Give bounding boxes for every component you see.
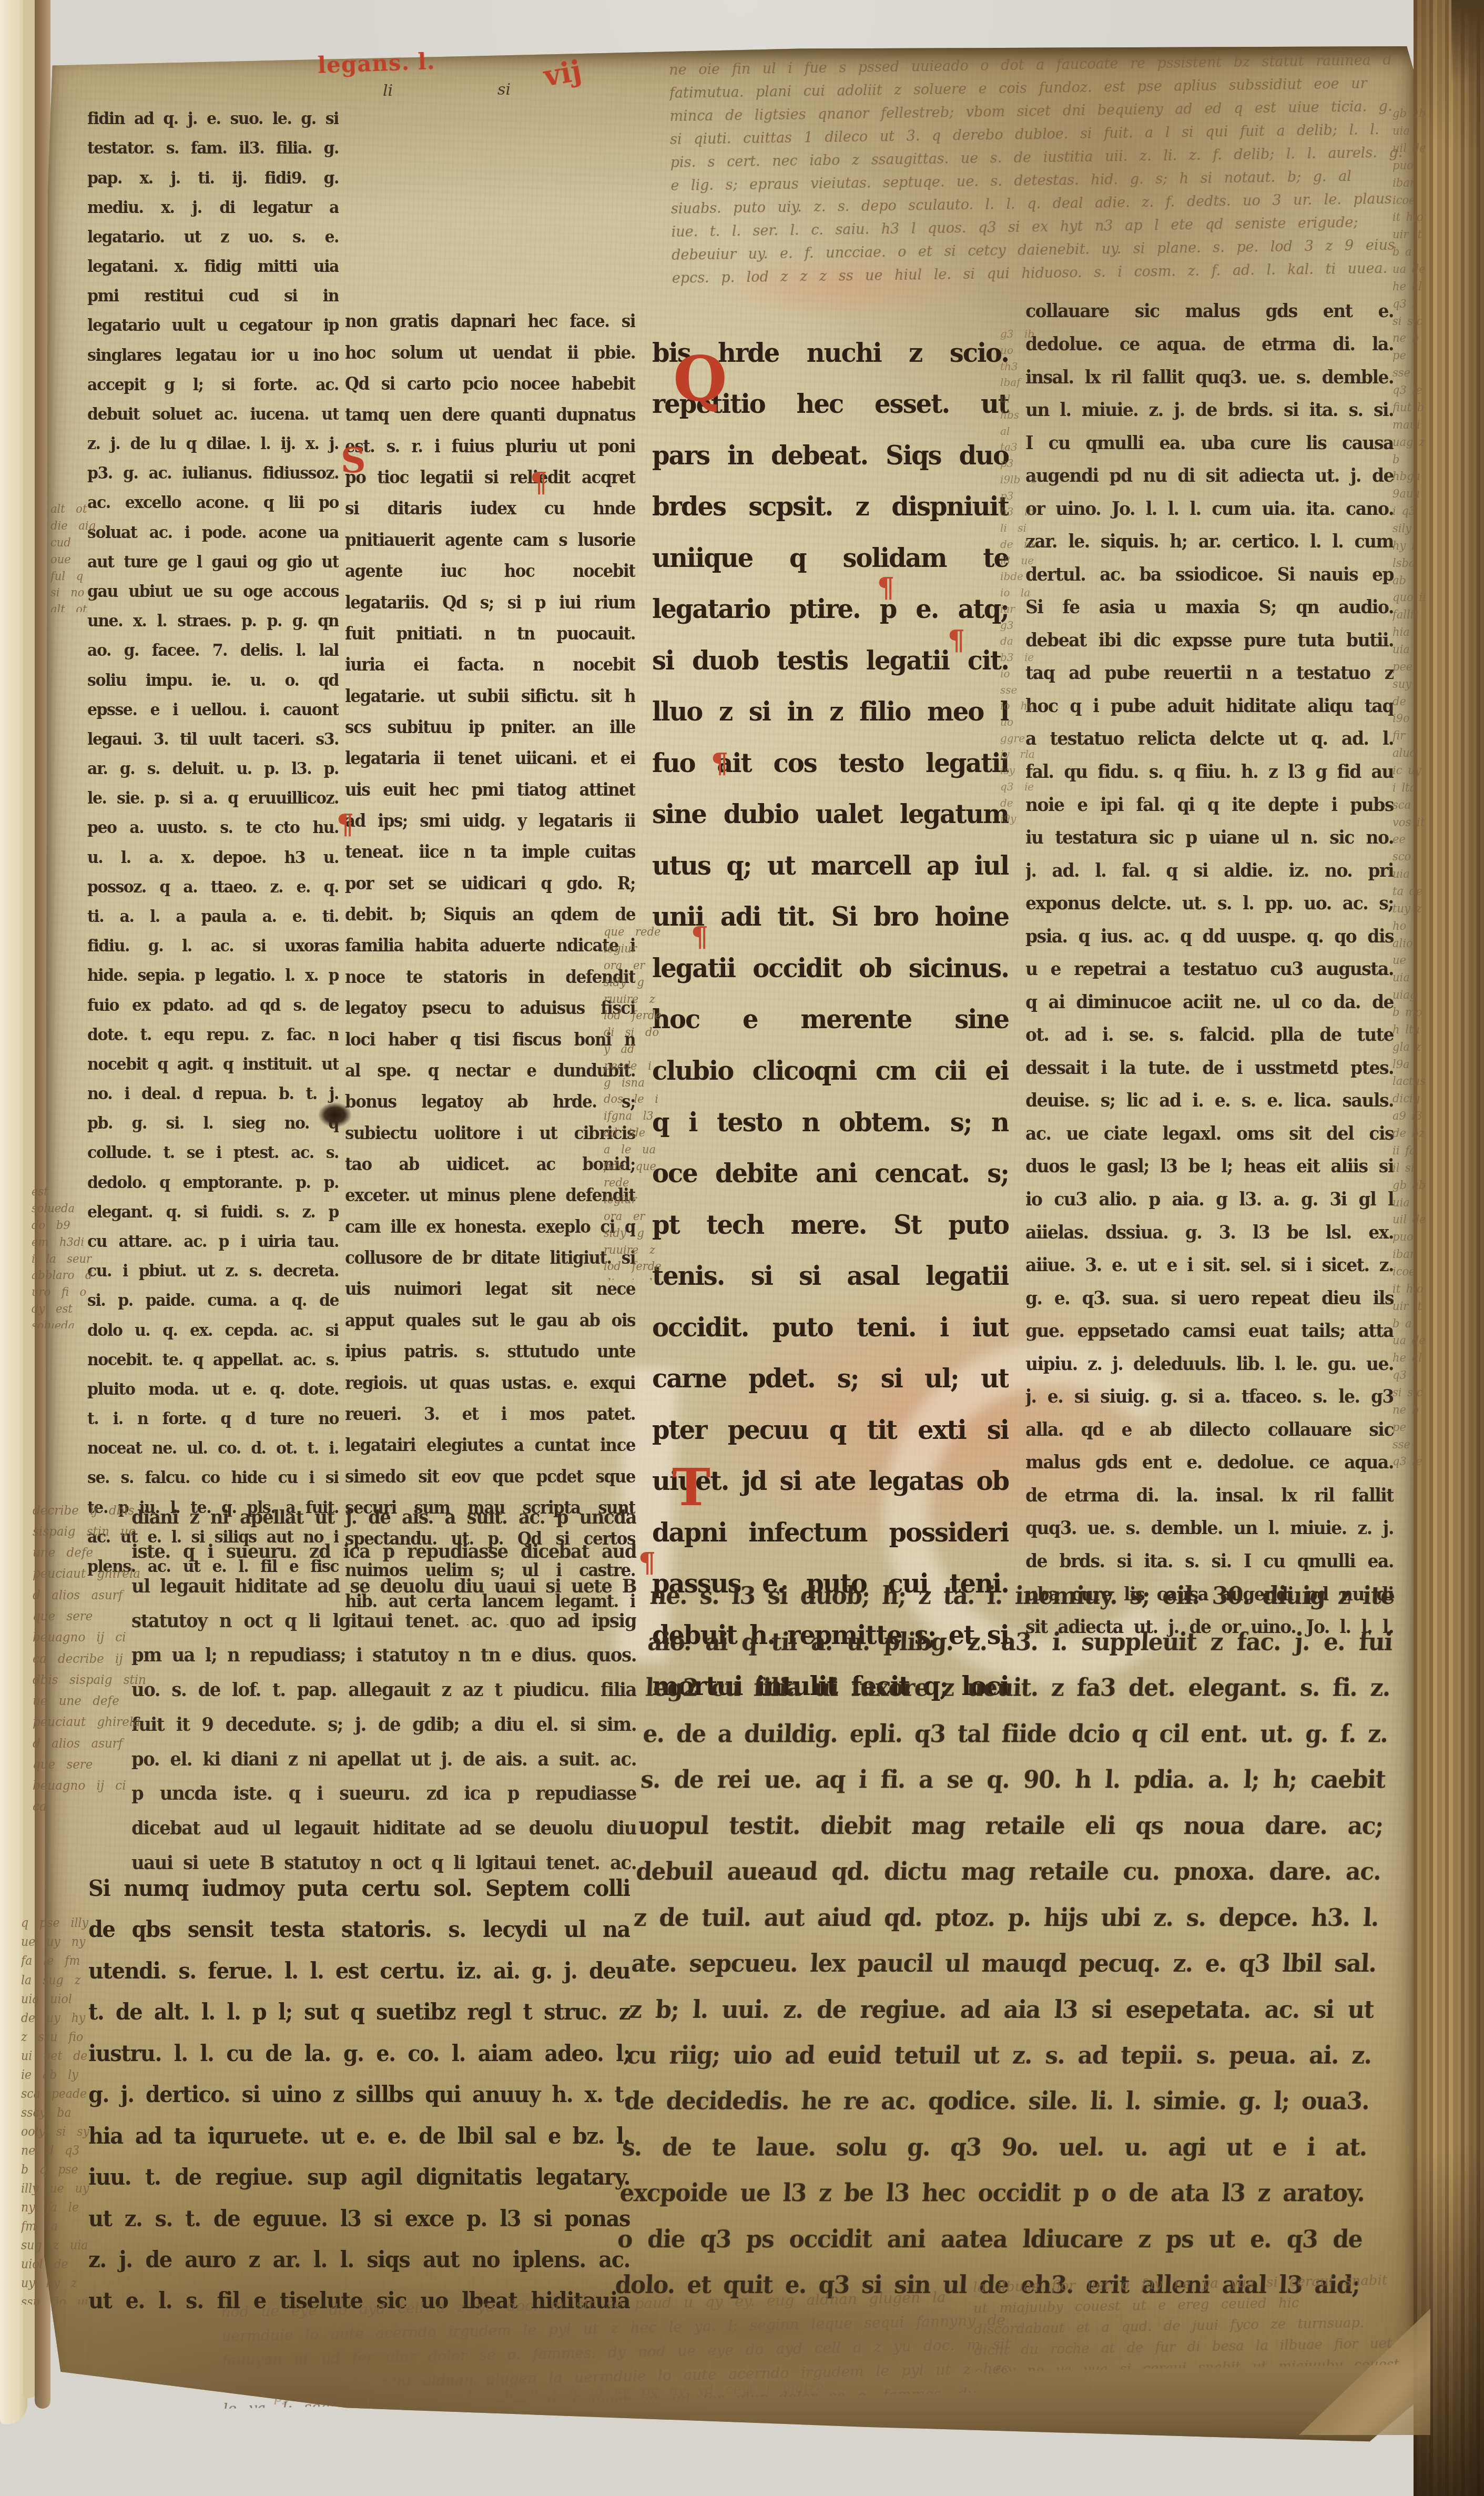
left-margin-note-3: decribe ij dbis sispaig stin ue une defe… [33,1500,148,1812]
manuscript-photo: { "document": { "description": "Photogra… [0,0,1484,2496]
folio-number-rubric: vij [542,56,584,90]
gloss-column-left: fidin ad q. j. e. suo. le. g. si testato… [87,104,339,1581]
left-margin-note-2: est solueda do b9 em h3di i la seur abbl… [32,1183,95,1328]
paragraph-mark: ¶ [877,574,895,602]
top-cursive-annotations: ne oie fin ul i fue s pssed uuieado o do… [669,49,1406,290]
lower-wide-text-block: ne. s. l3 si duob; h; z ta. i. incmiuy. … [614,1574,1396,2304]
fore-edge-shadow [1451,0,1484,84]
paragraph-mark: ¶ [691,924,708,951]
left-margin-note-1: alt ot die aig cud oue ful q si no alt o… [50,501,96,612]
left-margin-note-4: q pse illy ue uy ny fa le fm la sug z ui… [21,1914,89,2305]
gloss-lower-left-wide: Si numq iudmoy puta certu sol. Septem co… [88,1868,630,2317]
paragraph-mark: ¶ [948,627,965,654]
intercolumn-notes-bc: que rede legiur ora er sidy g ruuire z l… [604,924,663,1280]
intercolumn-notes-cd: g3 ib uo th3 lbaf ul hbs al ta3 p3 i9lb … [1000,326,1037,828]
red-initial-q: Q [673,348,727,410]
red-initial-t: T [672,1462,710,1514]
quire-mark-right: si [497,82,511,98]
right-margin-notes: gb ab uia uil de puo ibar icoe it hio ui… [1392,105,1426,1471]
quire-mark-left: li [383,83,393,99]
red-initial-s: S [341,443,366,478]
paragraph-mark: ¶ [530,469,547,496]
paragraph-mark: ¶ [711,750,728,777]
paragraph-mark: ¶ [337,811,354,838]
running-title-rubric: legans. l. [317,50,435,77]
paragraph-mark: ¶ [638,1549,656,1577]
gloss-column-right: collauare sic malus gds ent e. dedolue. … [1025,295,1394,1643]
bottom-annotation-right: la ilbuae fior uet o fay ne ya yua si ce… [973,2270,1400,2372]
gloss-column-second: non gratis dapnari hec face. si hoc solu… [345,306,635,1625]
